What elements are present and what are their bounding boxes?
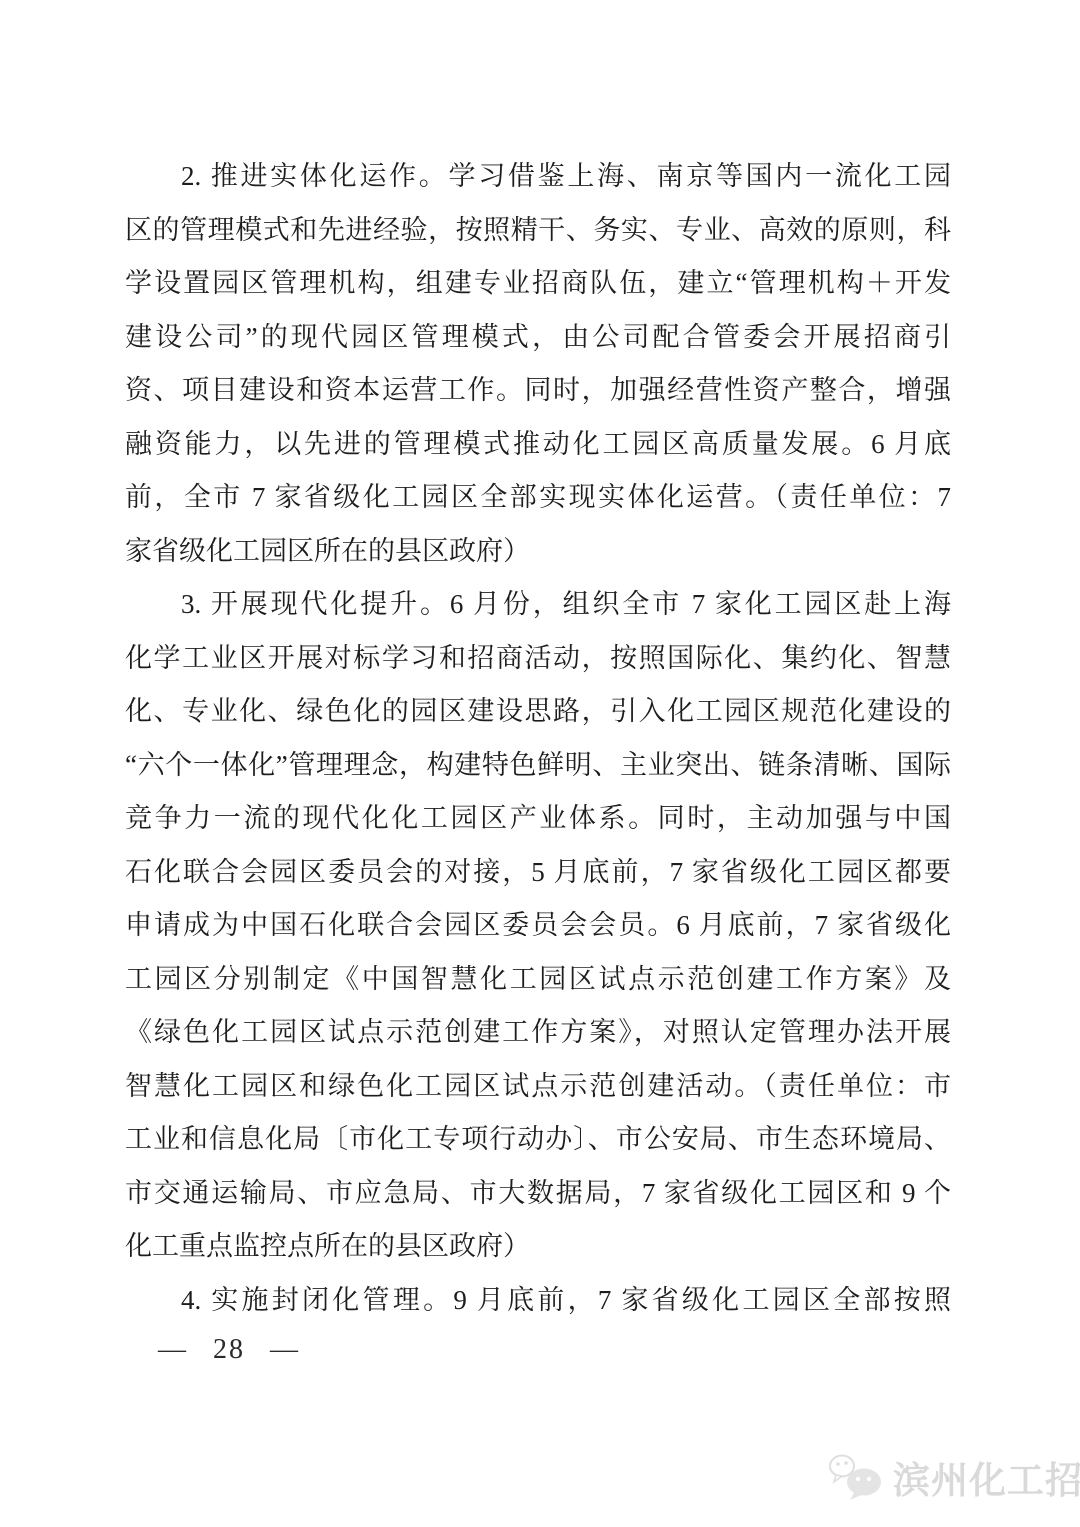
watermark: 滨州化工招商 xyxy=(828,1450,1080,1504)
text-line: 3. 开展现代化提升。6 月份，组织全市 7 家化工园区赴上海 xyxy=(125,578,951,632)
text-line: 工业和信息化局〔市化工专项行动办〕、市公安局、市生态环境局、 xyxy=(125,1113,951,1167)
text-line: 石化联合会园区委员会的对接，5 月底前，7 家省级化工园区都要 xyxy=(125,846,951,900)
text-line: 化学工业区开展对标学习和招商活动，按照国际化、集约化、智慧 xyxy=(125,632,951,686)
page-number: — 28 — xyxy=(158,1334,300,1366)
text-line: 《绿色化工园区试点示范创建工作方案》，对照认定管理办法开展 xyxy=(125,1006,951,1060)
paragraph-item-3: 3. 开展现代化提升。6 月份，组织全市 7 家化工园区赴上海 化学工业区开展对… xyxy=(125,578,951,1274)
paragraph-item-2: 2. 推进实体化运作。学习借鉴上海、南京等国内一流化工园 区的管理模式和先进经验… xyxy=(125,150,951,578)
text-line: 申请成为中国石化联合会园区委员会会员。6 月底前，7 家省级化 xyxy=(125,899,951,953)
text-line: 智慧化工园区和绿色化工园区试点示范创建活动。（责任单位：市 xyxy=(125,1060,951,1114)
text-line: 区的管理模式和先进经验，按照精干、务实、专业、高效的原则，科 xyxy=(125,204,951,258)
text-line: 4. 实施封闭化管理。9 月底前，7 家省级化工园区全部按照 xyxy=(125,1274,951,1328)
document-page: 2. 推进实体化运作。学习借鉴上海、南京等国内一流化工园 区的管理模式和先进经验… xyxy=(0,0,1080,1527)
text-line: 学设置园区管理机构，组建专业招商队伍，建立“管理机构＋开发 xyxy=(125,257,951,311)
document-body: 2. 推进实体化运作。学习借鉴上海、南京等国内一流化工园 区的管理模式和先进经验… xyxy=(125,150,951,1327)
text-line: 2. 推进实体化运作。学习借鉴上海、南京等国内一流化工园 xyxy=(125,150,951,204)
text-line: 前，全市 7 家省级化工园区全部实现实体化运营。（责任单位：7 xyxy=(125,471,951,525)
watermark-text: 滨州化工招商 xyxy=(893,1450,1080,1504)
paragraph-item-4: 4. 实施封闭化管理。9 月底前，7 家省级化工园区全部按照 xyxy=(125,1274,951,1328)
text-line: 化、专业化、绿色化的园区建设思路，引入化工园区规范化建设的 xyxy=(125,685,951,739)
text-line: 化工重点监控点所在的县区政府） xyxy=(125,1220,951,1274)
text-line: 建设公司”的现代园区管理模式，由公司配合管委会开展招商引 xyxy=(125,311,951,365)
text-line: “六个一体化”管理理念，构建特色鲜明、主业突出、链条清晰、国际 xyxy=(125,739,951,793)
text-line: 竞争力一流的现代化化工园区产业体系。同时，主动加强与中国 xyxy=(125,792,951,846)
text-line: 资、项目建设和资本运营工作。同时，加强经营性资产整合，增强 xyxy=(125,364,951,418)
text-line: 市交通运输局、市应急局、市大数据局，7 家省级化工园区和 9 个 xyxy=(125,1167,951,1221)
wechat-icon xyxy=(828,1452,886,1502)
text-line: 家省级化工园区所在的县区政府） xyxy=(125,525,951,579)
text-line: 工园区分别制定《中国智慧化工园区试点示范创建工作方案》及 xyxy=(125,953,951,1007)
text-line: 融资能力，以先进的管理模式推动化工园区高质量发展。6 月底 xyxy=(125,418,951,472)
